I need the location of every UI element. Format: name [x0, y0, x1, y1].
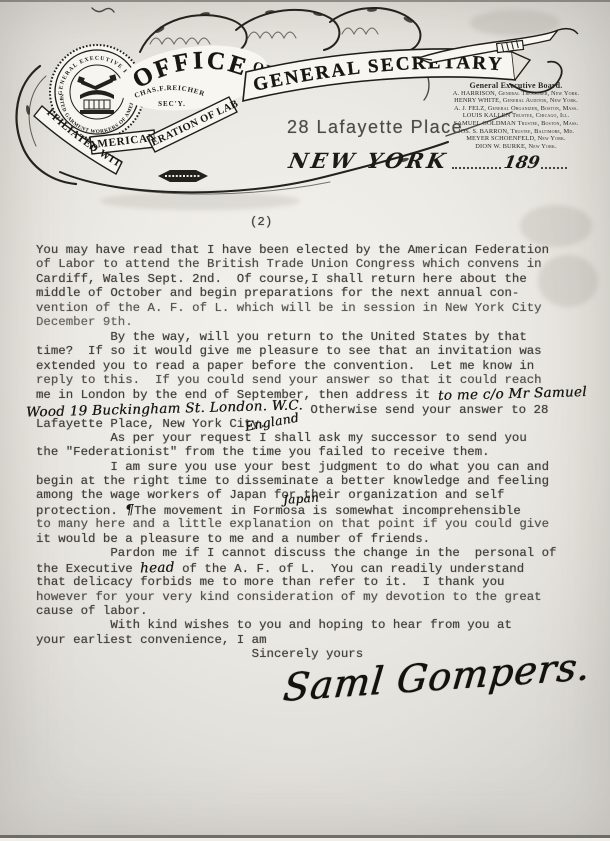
board-member: A. HARRISON, General Treasurer, New York… — [423, 90, 609, 98]
letter-line: me in London by the end of September, th… — [36, 387, 586, 401]
typed-text: reply to this. If you could send your an… — [36, 373, 542, 387]
handwritten-text: Japan — [283, 493, 284, 507]
city-script: NEW YORK — [287, 149, 450, 173]
letter-line: time? If so it would give me pleasure to… — [36, 344, 586, 358]
typed-text: it would be a pleasure to me and a numbe… — [36, 532, 430, 546]
letter-line: to many here and a little explanation on… — [36, 517, 586, 531]
letter-line: Lafayette Place, New York City.England — [36, 416, 586, 430]
union-seal: GENERAL EXECUTIVE BOARD UNITED GARMENT W… — [0, 0, 144, 139]
handwritten-text: ¶ — [125, 503, 134, 518]
handwritten-text: head — [140, 560, 175, 575]
typed-text: As per your request I shall ask my succe… — [36, 431, 527, 445]
letter-line: You may have read that I have been elect… — [36, 243, 586, 257]
typed-text: time? If so it would give me pleasure to… — [36, 344, 542, 358]
letter-line: By the way, will you return to the Unite… — [36, 330, 586, 344]
typed-text: Otherwise send your answer to 28 — [303, 403, 548, 417]
typed-text: Sincerely yours — [36, 647, 363, 661]
letter-body: You may have read that I have been elect… — [36, 243, 586, 662]
typed-text: vention of the A. F. of L. which will be… — [36, 301, 542, 315]
typed-text: Cardiff, Wales Sept. 2nd. Of course,I sh… — [36, 272, 527, 286]
typed-text: cause of labor. — [36, 604, 148, 618]
street-address: 28 Lafayette Place — [287, 117, 463, 138]
typed-text: Pardon me if I cannot discuss the change… — [36, 546, 557, 560]
letter-line: I am sure you use your best judgment to … — [36, 460, 586, 474]
date-line: NEW YORK 189 — [289, 149, 567, 173]
paper-smudge — [520, 205, 592, 247]
letter-line: that delicacy forbids me to more than re… — [36, 575, 586, 589]
scanned-letter-page: GENERAL EXECUTIVE BOARD UNITED GARMENT W… — [0, 0, 610, 841]
letter-line: Wood 19 Buckingham St. London. W.C. Othe… — [36, 402, 586, 416]
board-member: HENRY WHITE, General Auditor, New York. — [423, 97, 609, 105]
typed-text: extended you to read a paper before the … — [36, 359, 534, 373]
typed-text: that delicacy forbids me to more than re… — [36, 575, 504, 589]
secretary-abbrev-text: SEC'Y. — [158, 100, 186, 108]
typed-text: December 9th. — [36, 315, 133, 329]
typed-text: of Labor to attend the British Trade Uni… — [36, 257, 542, 271]
letter-line: Cardiff, Wales Sept. 2nd. Of course,I sh… — [36, 272, 586, 286]
year-prefix: 189 — [502, 153, 541, 173]
typed-text: By the way, will you return to the Unite… — [36, 330, 527, 344]
letter-line: middle of October and begin preparations… — [36, 286, 586, 300]
letter-line: As per your request I shall ask my succe… — [36, 431, 586, 445]
letter-line: With kind wishes to you and hoping to he… — [36, 618, 586, 632]
board-title: General Executive Board. — [423, 82, 609, 90]
dotted-leader — [452, 167, 500, 169]
typed-text: I am sure you use your best judgment to … — [36, 460, 549, 474]
letter-line: cause of labor. — [36, 604, 586, 618]
typed-text: the "Federationist" from the time you fa… — [36, 445, 490, 459]
typed-text: With kind wishes to you and hoping to he… — [36, 618, 512, 632]
typed-text: the Executive — [36, 562, 140, 576]
typed-text: middle of October and begin preparations… — [36, 286, 519, 300]
typed-text: protection. — [36, 504, 125, 518]
letter-line: your earliest convenience, I am — [36, 633, 586, 647]
letter-line: December 9th. — [36, 315, 586, 329]
typed-text: however for your very kind consideration… — [36, 590, 542, 604]
letter-line: vention of the A. F. of L. which will be… — [36, 301, 586, 315]
typed-text: is somewhat incomprehensible — [305, 504, 521, 518]
typed-text: You may have read that I have been elect… — [36, 243, 549, 257]
letter-line: protection. ¶The movement in FormosaJapa… — [36, 503, 586, 517]
page-number: (2) — [250, 215, 272, 229]
letter-line: extended you to read a paper before the … — [36, 359, 586, 373]
letter-line: of Labor to attend the British Trade Uni… — [36, 257, 586, 271]
typed-text: of the A. F. of L. You can readily under… — [175, 562, 524, 576]
letter-line: the "Federationist" from the time you fa… — [36, 445, 586, 459]
star-icon: ✶ — [59, 97, 63, 103]
typed-text: The movement in Formosa — [134, 504, 305, 518]
handwritten-text: to me c/o Mr Samuel — [437, 385, 586, 403]
letter-line: however for your very kind consideration… — [36, 590, 586, 604]
letter-line: Pardon me if I cannot discuss the change… — [36, 546, 586, 560]
letter-line: the Executive head of the A. F. of L. Yo… — [36, 561, 586, 575]
typed-text: begin at the right time to disseminate a… — [36, 474, 549, 488]
typed-text: to many here and a little explanation on… — [36, 517, 549, 531]
typed-text: your earliest convenience, I am — [36, 633, 267, 647]
board-member: A. J. FELZ, General Organizer, Boston, M… — [423, 105, 609, 113]
dotted-leader-end — [541, 167, 567, 169]
small-cartouche-ornament — [158, 170, 208, 182]
typed-text: among the wage workers of Japan for thei… — [36, 488, 504, 502]
letter-line: begin at the right time to disseminate a… — [36, 474, 586, 488]
letter-line: it would be a pleasure to me and a numbe… — [36, 532, 586, 546]
